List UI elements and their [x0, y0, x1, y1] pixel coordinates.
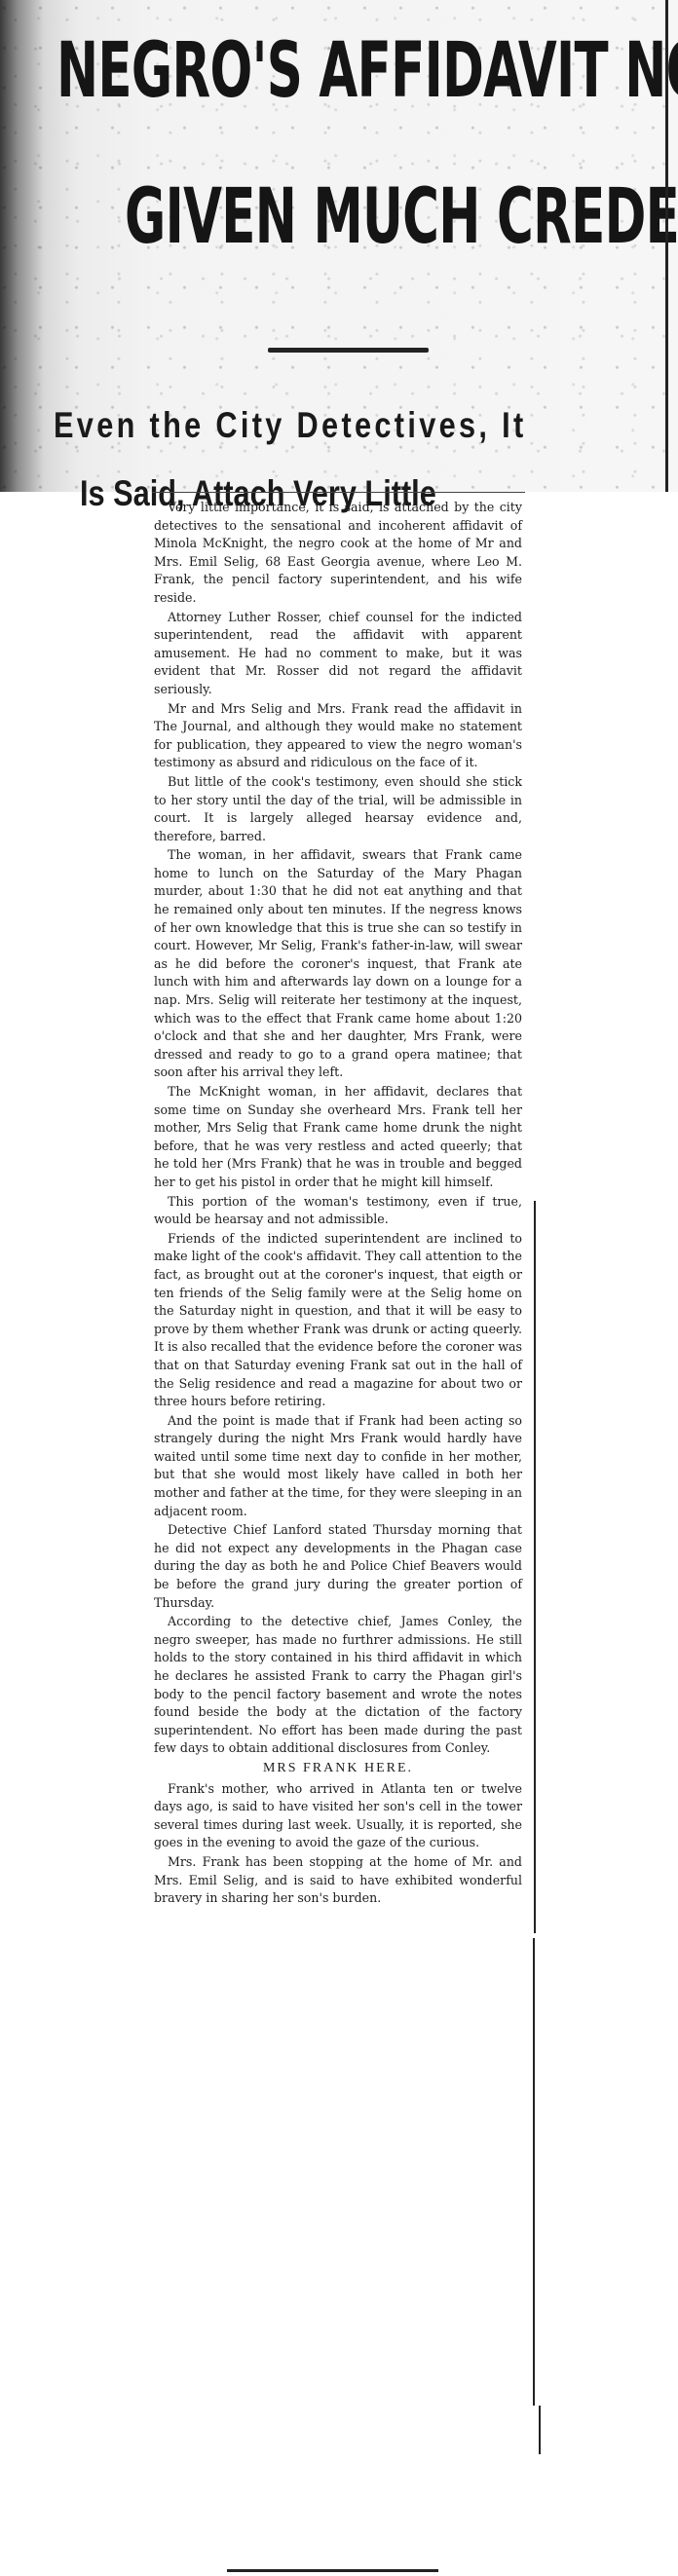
- paragraph: According to the detective chief, James …: [154, 1613, 522, 1758]
- section-heading: MRS FRANK HERE.: [154, 1760, 522, 1778]
- paragraph: The McKnight woman, in her affidavit, de…: [154, 1083, 522, 1192]
- paragraph: Friends of the indicted superintendent a…: [154, 1230, 522, 1411]
- paragraph: The woman, in her affidavit, swears that…: [154, 846, 522, 1082]
- paragraph: Very little importance, it is said, is a…: [154, 499, 522, 608]
- body-top-rule: [152, 492, 525, 493]
- headline-line-1: NEGRO'S AFFIDAVIT NOT: [56, 27, 678, 115]
- paragraph: Mrs. Frank has been stopping at the home…: [154, 1853, 522, 1908]
- paragraph: Frank's mother, who arrived in Atlanta t…: [154, 1780, 522, 1852]
- column-rule: [539, 2406, 541, 2454]
- paragraph: Mr and Mrs Selig and Mrs. Frank read the…: [154, 700, 522, 772]
- paragraph: And the point is made that if Frank had …: [154, 1412, 522, 1521]
- subheadline-line-1: Even the City Detectives, It: [54, 405, 527, 446]
- headline-line-2: GIVEN MUCH CREDENCE: [125, 173, 678, 261]
- paragraph: Attorney Luther Rosser, chief counsel fo…: [154, 609, 522, 699]
- headline-block: NEGRO'S AFFIDAVIT NOT GIVEN MUCH CREDENC…: [0, 0, 678, 492]
- paragraph: But little of the cook's testimony, even…: [154, 773, 522, 845]
- column-rule: [665, 0, 668, 492]
- paragraph: Detective Chief Lanford stated Thursday …: [154, 1521, 522, 1612]
- paragraph: This portion of the woman's testimony, e…: [154, 1193, 522, 1229]
- headline-divider: [268, 348, 429, 353]
- article-body: Very little importance, it is said, is a…: [154, 499, 522, 1909]
- article-end-rule: [227, 2569, 438, 2572]
- column-rule: [533, 1938, 535, 2406]
- column-rule: [534, 1201, 536, 1933]
